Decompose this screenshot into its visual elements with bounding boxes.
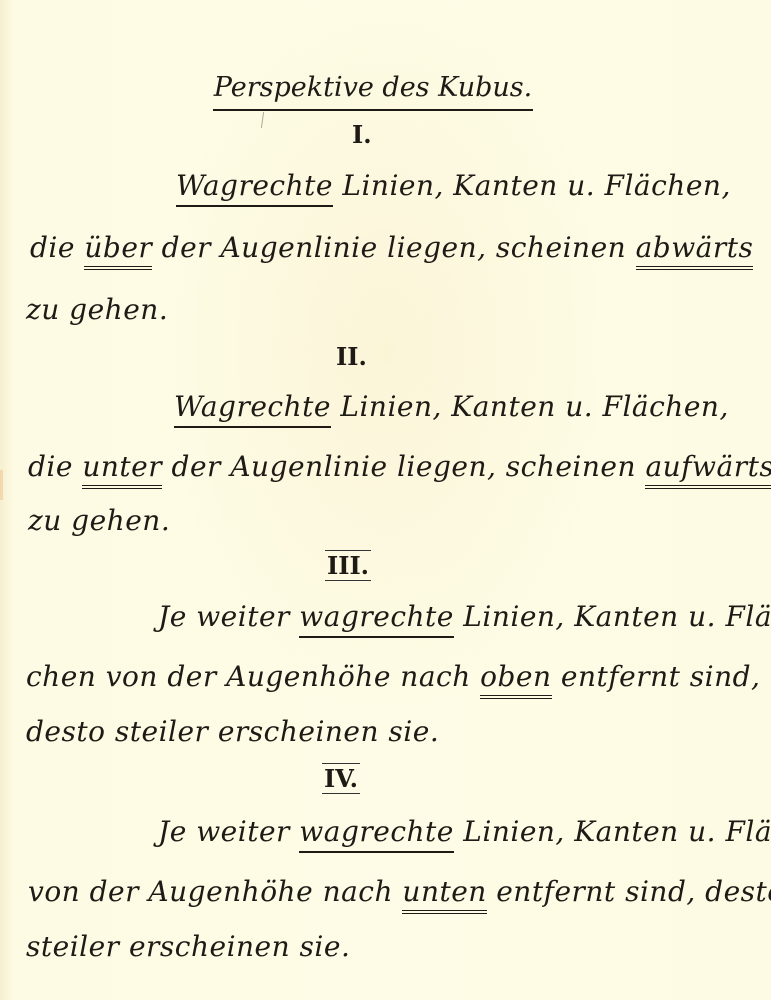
section-1-line-1: Wagrechte Linien, Kanten u. Flächen, [176,172,731,200]
double-underlined-term: abwärts [636,231,754,270]
double-underlined-term: oben [480,660,551,699]
underlined-term: Wagrechte [174,390,331,428]
section-4-line-3: steiler erscheinen sie. [26,933,350,961]
double-underlined-term: unter [82,450,162,489]
section-numeral-1: I. [352,120,372,149]
section-3-line-2: chen von der Augenhöhe nach oben entfern… [26,663,760,691]
section-2-line-1: Wagrechte Linien, Kanten u. Flächen, [174,393,729,421]
double-underlined-term: über [84,231,152,270]
section-1-line-3: zu gehen. [26,296,168,324]
double-underlined-term: unten [402,875,486,914]
section-1-line-2: die über der Augenlinie liegen, scheinen… [30,234,753,262]
underlined-term: wagrechte [299,815,454,853]
paper-stain [0,470,3,500]
section-numeral-4: IV. [322,763,360,794]
section-numeral-3: III. [325,550,371,581]
section-2-line-2: die unter der Augenlinie liegen, scheine… [28,453,771,481]
section-3-line-1: Je weiter wagrechte Linien, Kanten u. Fl… [158,603,771,631]
section-4-line-1: Je weiter wagrechte Linien, Kanten u. Fl… [158,818,771,846]
section-2-line-3: zu gehen. [28,507,170,535]
underlined-term: wagrechte [299,600,454,638]
double-underlined-term: aufwärts [645,450,771,489]
page-title: Perspektive des Kubus. [213,72,533,111]
manuscript-page: Perspektive des Kubus. I. Wagrechte Lini… [0,0,771,1000]
underlined-term: Wagrechte [176,169,333,207]
section-4-line-2: von der Augenhöhe nach unten entfernt si… [28,878,771,906]
pencil-mark [261,112,264,128]
section-numeral-2: II. [336,342,367,371]
section-3-line-3: desto steiler erscheinen sie. [26,718,439,746]
